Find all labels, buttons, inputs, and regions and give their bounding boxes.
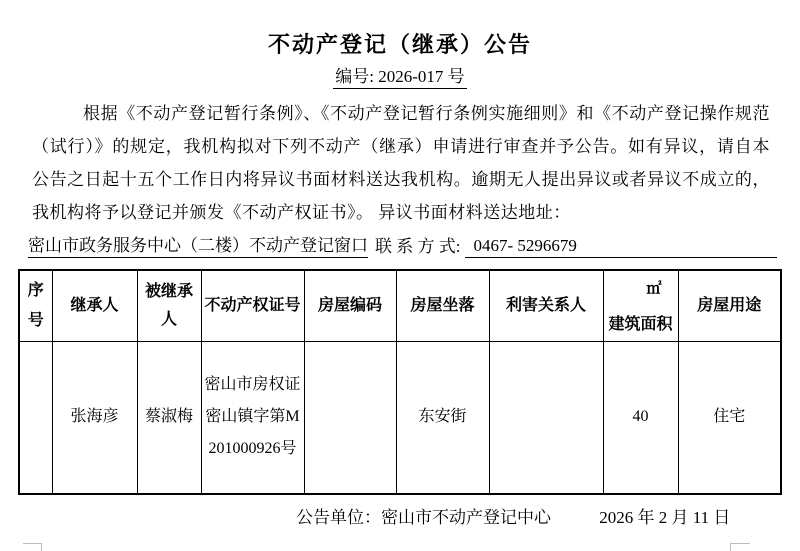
document-page: 不动产登记（继承）公告 编号: 2026-017 号 根据《不动产登记暂行条例》… <box>0 0 800 551</box>
cell-decedent: 蔡淑梅 <box>137 342 201 494</box>
page-title: 不动产登记（继承）公告 <box>0 33 800 57</box>
header-interested-party: 利害关系人 <box>489 270 603 342</box>
header-heir: 继承人 <box>52 270 137 342</box>
contact-label: 联 系 方 式: <box>368 236 465 258</box>
phone-underline: 0467- 5296679 <box>465 235 777 258</box>
cell-house-location: 东安街 <box>396 342 489 494</box>
cell-house-use: 住宅 <box>678 342 781 494</box>
footer-line: 公告单位：密山市不动产登记中心 2026 年 2 月 11 日 <box>0 508 800 528</box>
text-boundary-mark-right <box>730 543 750 551</box>
issuing-authority: 公告单位：密山市不动产登记中心 <box>296 508 551 527</box>
header-house-location: 房屋坐落 <box>396 270 489 342</box>
cell-floor-area: 40 <box>603 342 678 494</box>
cell-certificate-number: 密山市房权证密山镇字第M201000926号 <box>201 342 304 494</box>
header-floor-area: ㎡ 建筑面积 <box>603 270 678 342</box>
header-serial-number: 序号 <box>19 270 52 342</box>
area-text-label: 建筑面积 <box>606 305 676 341</box>
table-data-row: 张海彦 蔡淑梅 密山市房权证密山镇字第M201000926号 东安街 40 住宅 <box>19 342 781 494</box>
header-house-code: 房屋编码 <box>304 270 396 342</box>
cell-house-code <box>304 342 396 494</box>
header-certificate-number: 不动产权证号 <box>201 270 304 342</box>
doc-number-value: 编号: 2026-017 号 <box>333 67 466 89</box>
header-decedent: 被继承人 <box>137 270 201 342</box>
announcement-date: 2026 年 2 月 11 日 <box>599 508 730 527</box>
cell-heir: 张海彦 <box>52 342 137 494</box>
inheritance-table: 序号 继承人 被继承人 不动产权证号 房屋编码 房屋坐落 利害关系人 ㎡ 建筑面… <box>18 269 782 495</box>
doc-number-line: 编号: 2026-017 号 <box>0 67 800 87</box>
announcement-body: 根据《不动产登记暂行条例》、《不动产登记暂行条例实施细则》和《不动产登记操作规范… <box>32 97 770 229</box>
cell-serial-number <box>19 342 52 494</box>
table-header-row: 序号 继承人 被继承人 不动产权证号 房屋编码 房屋坐落 利害关系人 ㎡ 建筑面… <box>19 270 781 342</box>
phone-number: 0467- 5296679 <box>473 236 576 255</box>
header-house-use: 房屋用途 <box>678 270 781 342</box>
text-boundary-mark-left <box>23 543 42 551</box>
area-unit-label: ㎡ <box>606 271 676 305</box>
address-line: 密山市政务服务中心（二楼）不动产登记窗口 联 系 方 式: 0467- 5296… <box>28 235 777 258</box>
cell-interested-party <box>489 342 603 494</box>
delivery-address: 密山市政务服务中心（二楼）不动产登记窗口 <box>28 235 368 258</box>
